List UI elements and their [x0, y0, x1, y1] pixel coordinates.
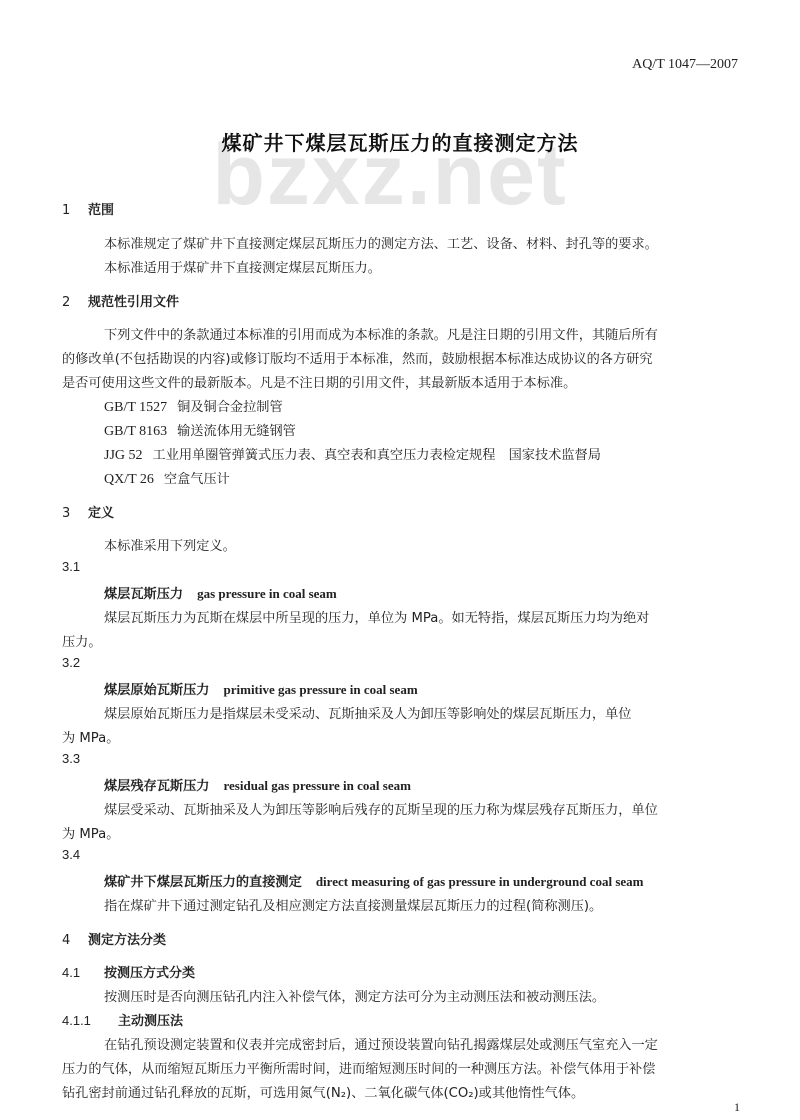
definition-text: 煤层受采动、瓦斯抽采及人为卸压等影响后残存的瓦斯呈现的压力称为煤层残存瓦斯压力，…: [104, 799, 658, 818]
definition-text: 煤层瓦斯压力为瓦斯在煤层中所呈现的压力，单位为 MPa。如无特指，煤层瓦斯压力均…: [104, 607, 649, 626]
term-heading: 煤层瓦斯压力gas pressure in coal seam: [104, 583, 337, 602]
definition-text: 为 MPa。: [62, 727, 119, 746]
definition-text: 为 MPa。: [62, 823, 119, 842]
section-title: 定义: [88, 506, 114, 521]
reference-item: GB/T 8163输送流体用无缝钢管: [104, 420, 296, 440]
term-heading: 煤矿井下煤层瓦斯压力的直接测定direct measuring of gas p…: [104, 871, 643, 890]
subsection-title: 按测压方式分类: [104, 966, 195, 981]
paragraph: 在钻孔预设测定装置和仪表并完成密封后，通过预设装置向钻孔揭露煤层处或测压气室充入…: [104, 1034, 658, 1053]
term-heading: 煤层原始瓦斯压力primitive gas pressure in coal s…: [104, 679, 418, 698]
reference-code: QX/T 26: [104, 472, 154, 488]
reference-item: JJG 52工业用单圈管弹簧式压力表、真空表和真空压力表检定规程 国家技术监督局: [104, 444, 601, 464]
section-4-heading: 4测定方法分类: [62, 929, 166, 948]
section-2-heading: 2规范性引用文件: [62, 291, 179, 310]
definition-text: 煤层原始瓦斯压力是指煤层未受采动、瓦斯抽采及人为卸压等影响处的煤层瓦斯压力，单位: [104, 703, 632, 722]
clause-number: 3.4: [62, 847, 80, 862]
reference-item: GB/T 1527铜及铜合金拉制管: [104, 396, 283, 416]
reference-code: JJG 52: [104, 448, 143, 464]
term-heading: 煤层残存瓦斯压力residual gas pressure in coal se…: [104, 775, 411, 794]
paragraph: 钻孔密封前通过钻孔释放的瓦斯，可选用氮气(N₂)、二氧化碳气体(CO₂)或其他惰…: [62, 1082, 584, 1101]
section-title: 范围: [88, 203, 114, 218]
subsection-number: 4.1.1: [62, 1013, 118, 1028]
reference-item: QX/T 26空盒气压计: [104, 468, 230, 488]
reference-title: 空盒气压计: [164, 472, 230, 487]
page-number: 1: [734, 1100, 740, 1115]
reference-title: 工业用单圈管弹簧式压力表、真空表和真空压力表检定规程 国家技术监督局: [153, 448, 601, 463]
subsection-title: 主动测压法: [118, 1014, 183, 1029]
definition-text: 压力。: [62, 631, 102, 650]
term-english: residual gas pressure in coal seam: [224, 778, 411, 793]
section-1-heading: 1范围: [62, 199, 114, 218]
paragraph: 本标准适用于煤矿井下直接测定煤层瓦斯压力。: [104, 257, 381, 276]
subsection-4-1-1-heading: 4.1.1主动测压法: [62, 1010, 183, 1029]
section-number: 4: [62, 933, 88, 948]
reference-code: GB/T 1527: [104, 400, 167, 416]
subsection-number: 4.1: [62, 965, 104, 980]
reference-title: 铜及铜合金拉制管: [177, 400, 283, 415]
clause-number: 3.3: [62, 751, 80, 766]
document-title: 煤矿井下煤层瓦斯压力的直接测定方法: [0, 127, 800, 156]
term-chinese: 煤层瓦斯压力: [104, 587, 183, 602]
clause-number: 3.1: [62, 559, 80, 574]
paragraph: 的修改单(不包括勘误的内容)或修订版均不适用于本标准，然而，鼓励根据本标准达成协…: [62, 348, 653, 367]
term-chinese: 煤层原始瓦斯压力: [104, 683, 210, 698]
paragraph: 按测压时是否向测压钻孔内注入补偿气体，测定方法可分为主动测压法和被动测压法。: [104, 986, 605, 1005]
section-title: 规范性引用文件: [88, 295, 179, 310]
paragraph: 下列文件中的条款通过本标准的引用而成为本标准的条款。凡是注日期的引用文件，其随后…: [104, 324, 658, 343]
term-chinese: 煤层残存瓦斯压力: [104, 779, 210, 794]
definition-text: 指在煤矿井下通过测定钻孔及相应测定方法直接测量煤层瓦斯压力的过程(简称测压)。: [104, 895, 602, 914]
section-title: 测定方法分类: [88, 933, 166, 948]
section-number: 3: [62, 506, 88, 521]
term-english: gas pressure in coal seam: [197, 586, 337, 601]
reference-code: GB/T 8163: [104, 424, 167, 440]
section-number: 1: [62, 203, 88, 218]
document-page: AQ/T 1047—2007 bzxz.net 煤矿井下煤层瓦斯压力的直接测定方…: [0, 0, 800, 1120]
subsection-4-1-heading: 4.1按测压方式分类: [62, 962, 195, 981]
term-english: direct measuring of gas pressure in unde…: [316, 874, 644, 889]
term-chinese: 煤矿井下煤层瓦斯压力的直接测定: [104, 875, 302, 890]
paragraph: 是否可使用这些文件的最新版本。凡是不注日期的引用文件，其最新版本适用于本标准。: [62, 372, 576, 391]
paragraph: 本标准采用下列定义。: [104, 535, 236, 554]
clause-number: 3.2: [62, 655, 80, 670]
section-3-heading: 3定义: [62, 502, 114, 521]
section-number: 2: [62, 295, 88, 310]
term-english: primitive gas pressure in coal seam: [224, 682, 418, 697]
paragraph: 压力的气体，从而缩短瓦斯压力平衡所需时间，进而缩短测压时间的一种测压方法。补偿气…: [62, 1058, 655, 1077]
paragraph: 本标准规定了煤矿井下直接测定煤层瓦斯压力的测定方法、工艺、设备、材料、封孔等的要…: [104, 233, 658, 252]
reference-title: 输送流体用无缝钢管: [177, 424, 296, 439]
standard-code: AQ/T 1047—2007: [632, 57, 738, 73]
